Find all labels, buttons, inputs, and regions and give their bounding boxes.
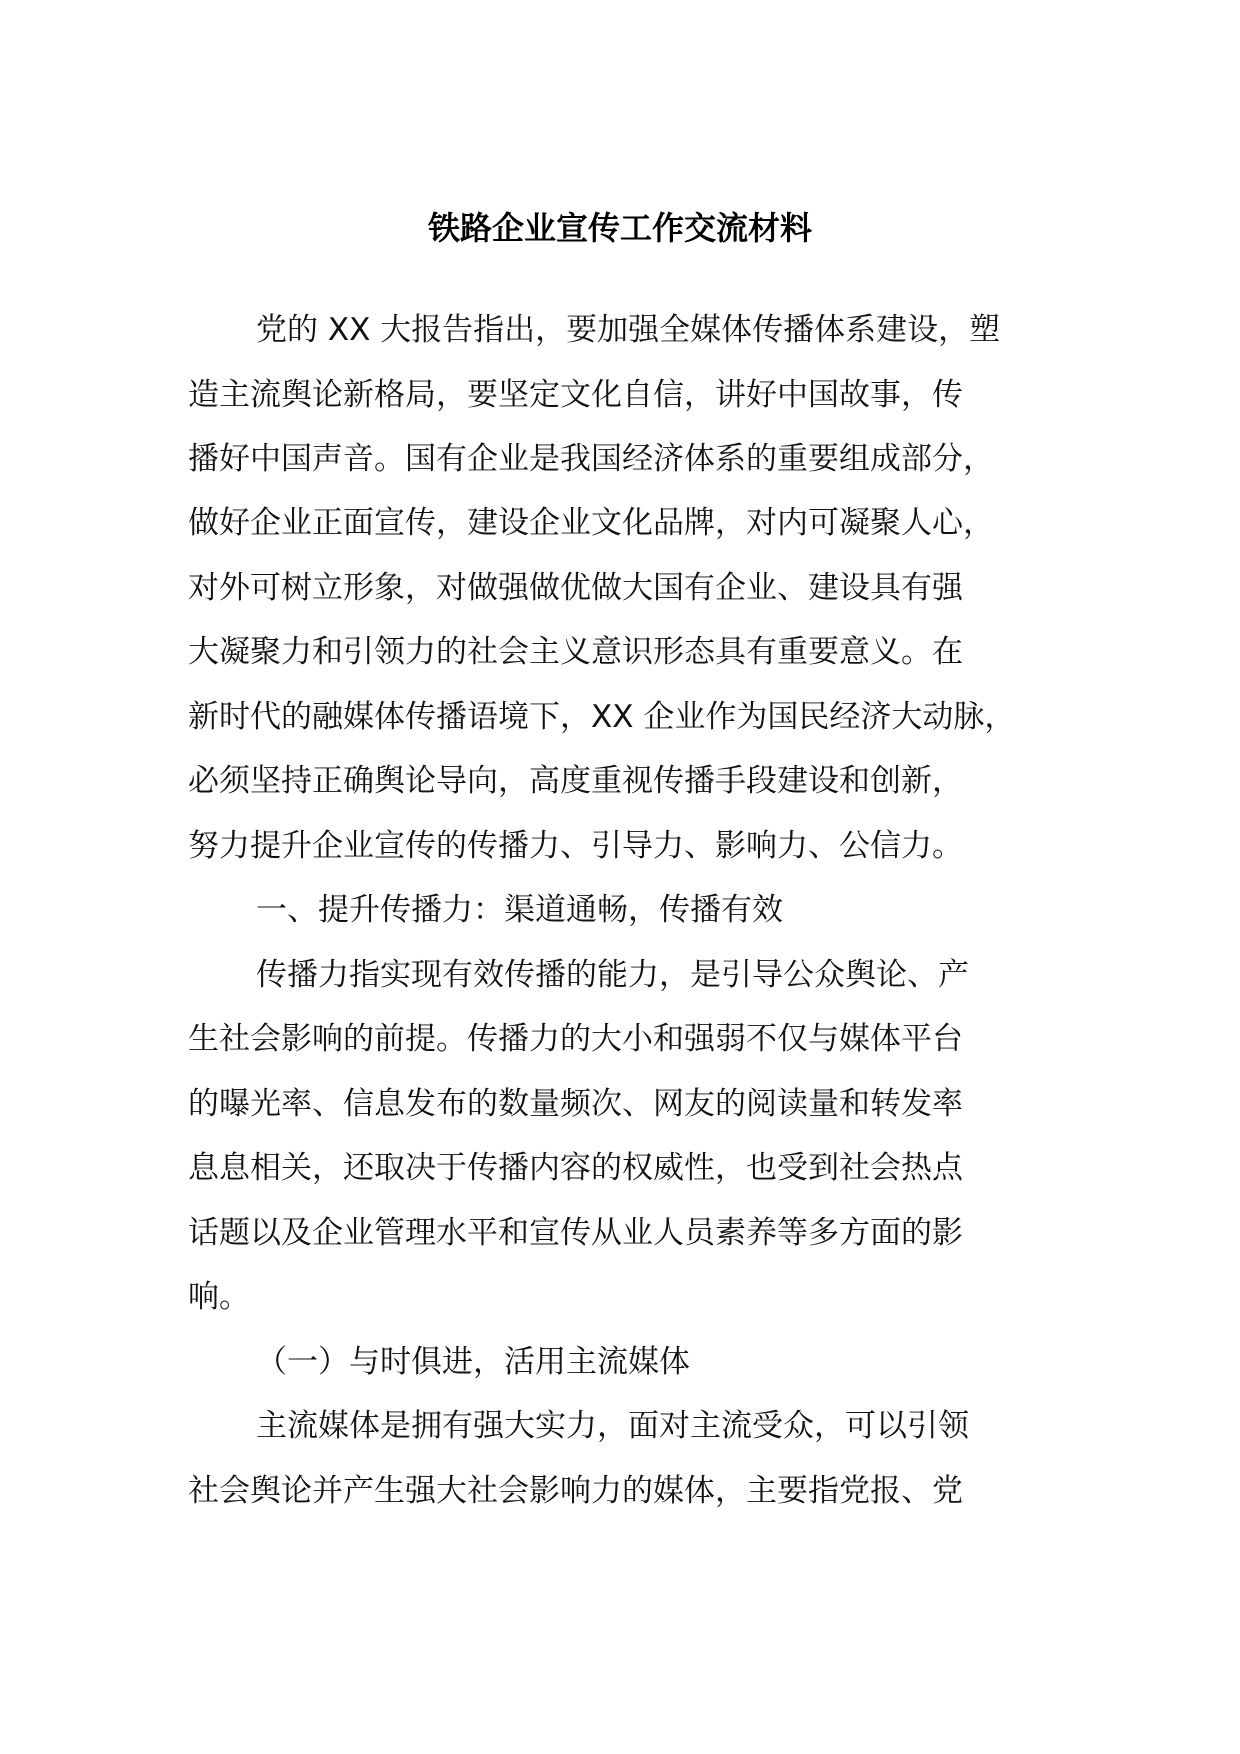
body-line: 大凝聚力和引领力的社会主义意识形态具有重要意义。在 (188, 630, 963, 674)
body-line: 对外可树立形象，对做强做优做大国有企业、建设具有强 (188, 566, 963, 610)
body-line: 造主流舆论新格局，要坚定文化自信，讲好中国故事，传 (188, 373, 963, 417)
document-title: 铁路企业宣传工作交流材料 (0, 206, 1240, 250)
subsection-heading: （一）与时俱进，活用主流媒体 (256, 1340, 690, 1384)
body-line: 响。 (188, 1275, 250, 1319)
body-line: 的曝光率、信息发布的数量频次、网友的阅读量和转发率 (188, 1082, 963, 1126)
body-line: 传播力指实现有效传播的能力，是引导公众舆论、产 (256, 953, 969, 997)
body-line: 息息相关，还取决于传播内容的权威性，也受到社会热点 (188, 1146, 963, 1190)
body-line: 努力提升企业宣传的传播力、引导力、影响力、公信力。 (188, 824, 963, 868)
body-line: 必须坚持正确舆论导向，高度重视传播手段建设和创新， (188, 759, 963, 803)
body-line: 党的 XX 大报告指出，要加强全媒体传播体系建设，塑 (256, 308, 1000, 352)
document-page: 铁路企业宣传工作交流材料 党的 XX 大报告指出，要加强全媒体传播体系建设，塑 … (0, 0, 1240, 1754)
body-line: 新时代的融媒体传播语境下，XX 企业作为国民经济大动脉， (188, 695, 1015, 739)
body-line: 生社会影响的前提。传播力的大小和强弱不仅与媒体平台 (188, 1017, 963, 1061)
section-heading: 一、提升传播力：渠道通畅，传播有效 (256, 888, 783, 932)
body-line: 话题以及企业管理水平和宣传从业人员素养等多方面的影 (188, 1211, 963, 1255)
body-line: 社会舆论并产生强大社会影响力的媒体，主要指党报、党 (188, 1469, 963, 1513)
body-line: 做好企业正面宣传，建设企业文化品牌，对内可凝聚人心， (188, 501, 994, 545)
body-line: 播好中国声音。国有企业是我国经济体系的重要组成部分， (188, 437, 994, 481)
body-line: 主流媒体是拥有强大实力，面对主流受众，可以引领 (256, 1404, 969, 1448)
